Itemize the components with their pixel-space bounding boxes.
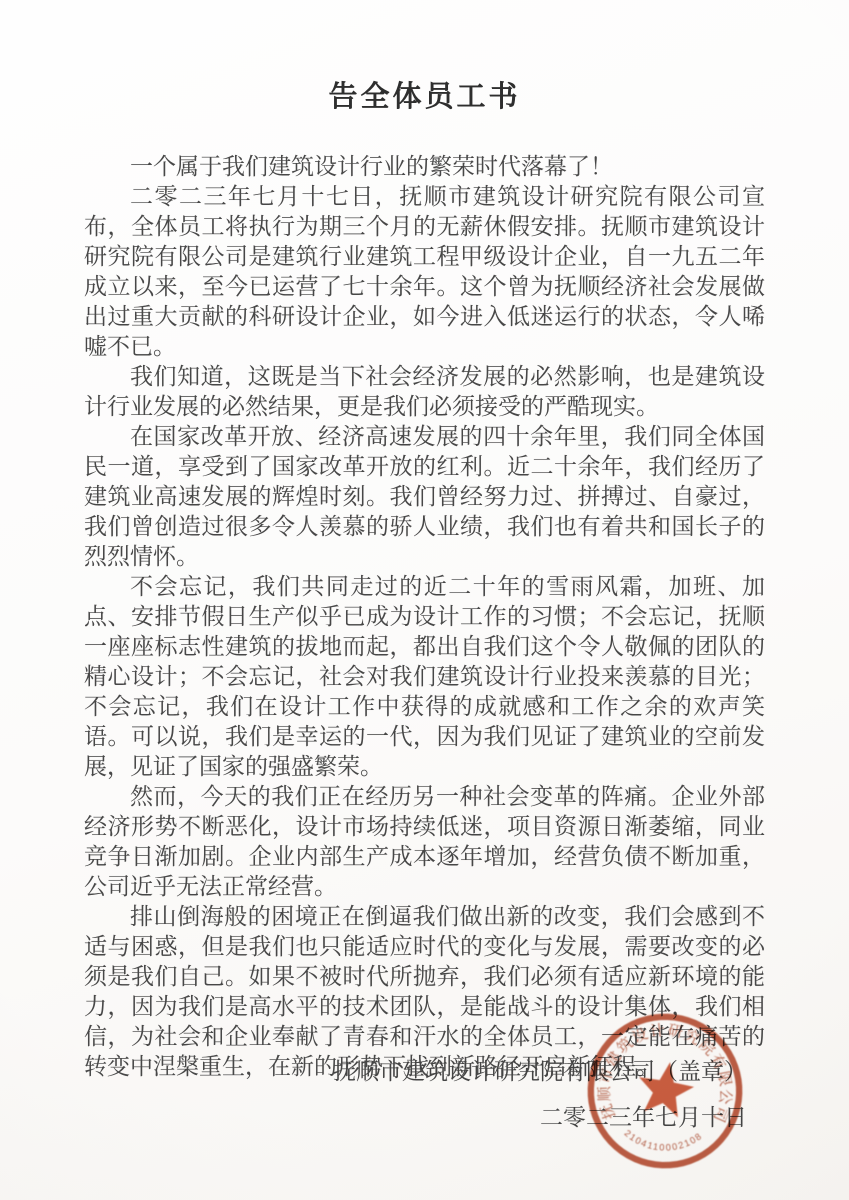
paragraph: 不会忘记，我们共同走过的近二十年的雪雨风霜，加班、加点、安排节假日生产似乎已成为… (84, 572, 765, 782)
page-title: 告全体员工书 (0, 0, 849, 114)
stamp-code-text: 2104110002108 (622, 1128, 705, 1154)
paragraph: 二零二三年七月十七日，抚顺市建筑设计研究院有限公司宣布，全体员工将执行为期三个月… (84, 182, 765, 362)
document-page: 告全体员工书 一个属于我们建筑设计行业的繁荣时代落幕了！ 二零二三年七月十七日，… (0, 0, 849, 1200)
paragraph: 一个属于我们建筑设计行业的繁荣时代落幕了！ (84, 152, 765, 182)
company-seal-stamp: 抚顺市建筑设计研究院有限公司 2104110002108 (579, 1005, 751, 1177)
paragraph: 在国家改革开放、经济高速发展的四十余年里，我们同全体国民一道，享受到了国家改革开… (84, 422, 765, 572)
star-icon (633, 1057, 697, 1119)
letter-body: 一个属于我们建筑设计行业的繁荣时代落幕了！ 二零二三年七月十七日，抚顺市建筑设计… (84, 152, 765, 1082)
paragraph: 然而，今天的我们正在经历另一种社会变革的阵痛。企业外部经济形势不断恶化，设计市场… (84, 782, 765, 902)
paragraph: 我们知道，这既是当下社会经济发展的必然影响，也是建筑设计行业发展的必然结果，更是… (84, 362, 765, 422)
